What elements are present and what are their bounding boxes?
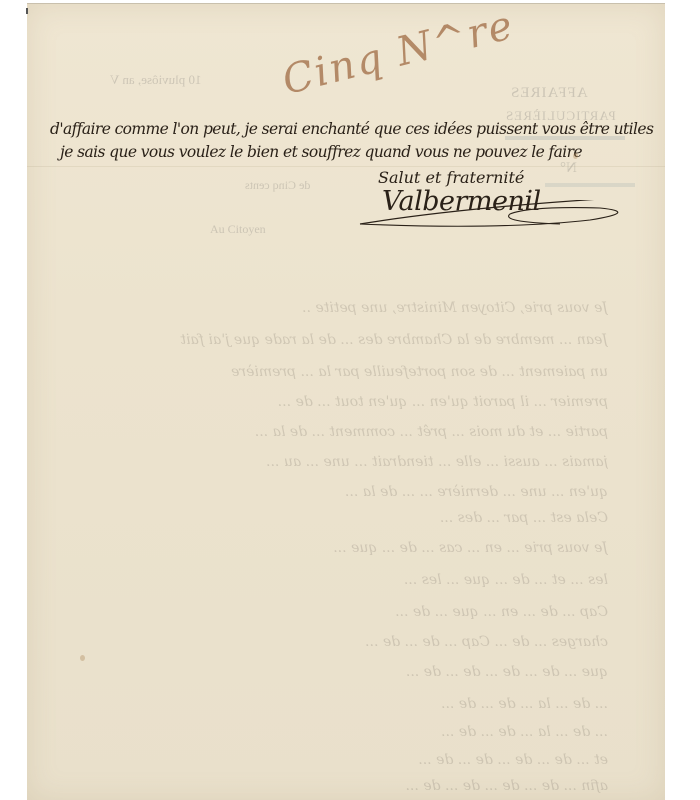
bleed-line: les ... et ... de ... que ... les ... xyxy=(48,572,608,588)
foxing-spot xyxy=(80,655,85,661)
bleed-line: partie ... et du mois ... prêt ... comme… xyxy=(48,424,608,440)
handwriting-line-2: je sais que vous voulez le bien et souff… xyxy=(60,143,582,161)
letterhead-affaires: AFFAIRES xyxy=(510,85,588,102)
bleed-line: et ... de ... de ... de ... de ... xyxy=(48,752,608,768)
bleed-line: Je vous prie ... en ... cas ... de ... q… xyxy=(48,540,608,556)
bleed-line: Cap ... de ... en ... que ... de ... xyxy=(48,604,608,620)
bleed-line: Je vous prie, Citoyen Ministre, une peti… xyxy=(48,300,608,316)
bleed-line: premier ... il paroit qu'en ... qu'en to… xyxy=(48,394,608,410)
bleed-line: que ... de ... de ... de ... de ... xyxy=(48,664,608,680)
bleed-line: afin ... de ... de ... de ... de ... xyxy=(48,778,608,794)
bleed-line: Cela est ... par ... des ... xyxy=(48,510,608,526)
bleed-line: qu'en ... une ... dernière ... ... de la… xyxy=(48,484,608,500)
foxing-spot xyxy=(573,153,578,159)
bleed-line: ... de ... la ... de ... de ... xyxy=(48,724,608,740)
bleed-line: Jean ... membre de la Chambre des ... de… xyxy=(48,332,608,348)
handwriting-line-1: d'affaire comme l'on peut, je serai ench… xyxy=(50,120,653,138)
letterhead-rule-2 xyxy=(545,183,635,187)
bleed-line: un paiement ... de son portefeuille par … xyxy=(48,364,608,380)
letterhead-date: 10 pluviôse, an V xyxy=(110,72,201,88)
bleed-line: ... de ... la ... de ... de ... xyxy=(48,696,608,712)
bleed-line: charges ... de ... Cap ... de ... de ... xyxy=(48,634,608,650)
corner-mark xyxy=(26,8,28,14)
signature-flourish xyxy=(350,200,680,280)
letterhead-number: N° xyxy=(560,160,577,177)
letterhead-council: de Cinq cents xyxy=(245,178,310,193)
closing-salutation: Salut et fraternité xyxy=(378,168,524,187)
letterhead-addressee: Au Citoyen xyxy=(210,222,266,237)
bleed-line: jamais ... aussi ... elle ... tiendrait … xyxy=(48,454,608,470)
